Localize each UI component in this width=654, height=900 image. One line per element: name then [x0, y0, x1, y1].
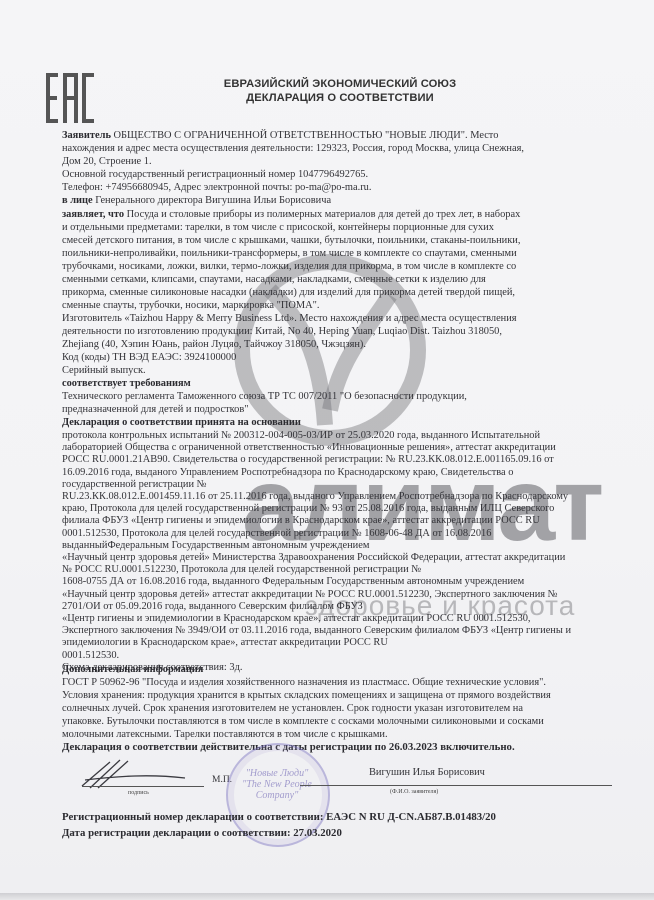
basis-line: эпидемиологии в Краснодарском крае», атт… — [62, 637, 622, 649]
basis-line: филиала ФБУЗ «Центр гигиены и эпидемиоло… — [62, 515, 622, 527]
additional-line: Условия хранения: продукция хранится в к… — [62, 690, 622, 702]
header-declaration-title: ДЕКЛАРАЦИЯ О СООТВЕТСТВИИ — [170, 91, 510, 105]
manufacturer-line: деятельности по изготовлению продукции: … — [62, 326, 622, 338]
page-bottom-edge — [0, 893, 654, 900]
hs-code-line: Код (коды) ТН ВЭД ЕАЭС: 3924100000 — [62, 352, 622, 364]
basis-line: 2701/ОИ от 05.09.2016 года, выданного Се… — [62, 601, 622, 613]
basis-line: краю, Протокола для целей государственно… — [62, 503, 622, 515]
registration-date-line: Дата регистрации декларации о соответств… — [62, 827, 622, 839]
name-line — [300, 785, 612, 786]
additional-line: упаковке. Бутылочки поставляются в том ч… — [62, 716, 622, 728]
basis-line: «Научный центр здоровья детей» Министерс… — [62, 552, 622, 564]
additional-heading: Дополнительная информация — [62, 664, 622, 676]
additional-line: молочными латексными. Тарелки поставляют… — [62, 729, 622, 741]
basis-line: «Научный центр здоровья детей» аттестат … — [62, 589, 622, 601]
statement-line: смесей детского питания, в том числе с к… — [62, 235, 622, 247]
signature-line — [82, 786, 204, 787]
basis-line: 0001.512530, Протокола для целей государ… — [62, 528, 622, 540]
applicant-line: Заявитель ОБЩЕСТВО С ОГРАНИЧЕННОЙ ОТВЕТС… — [62, 130, 622, 142]
additional-line: солнечных лучей. Срок хранения изготовит… — [62, 703, 622, 715]
statement-line: поильники-непроливайки, поильники-трансф… — [62, 248, 622, 260]
statement-line: прикорма, сменные силиконовые насадки (н… — [62, 287, 622, 299]
statement-line: трубочками, носиками, ложки, вилки, терм… — [62, 261, 622, 273]
compliance-heading: соответствует требованиям — [62, 378, 622, 390]
header-union-title: ЕВРАЗИЙСКИЙ ЭКОНОМИЧЕСКИЙ СОЮЗ — [170, 77, 510, 91]
validity-statement: Декларация о соответствии действительна … — [62, 741, 622, 753]
basis-line: государственной регистрации № — [62, 479, 622, 491]
basis-line: Экспертного заключения № 3949/ОИ от 03.1… — [62, 625, 622, 637]
basis-line: протокола контрольных испытаний № 200312… — [62, 430, 622, 442]
statement-line: сменные спауты, трубочки, носики, маркир… — [62, 300, 622, 312]
signatory-name-caption: (Ф.И.О. заявителя) — [390, 789, 438, 795]
basis-line: РОСС RU.0001.21АВ90. Свидетельства о гос… — [62, 454, 622, 466]
signature-caption: подпись — [128, 790, 149, 796]
basis-line: № РОСС RU.0001.512230, Протокола для цел… — [62, 564, 622, 576]
applicant-line: Дом 20, Строение 1. — [62, 156, 622, 168]
manufacturer-line: Zhejiang (40, Хэпин Юань, район Луцяо, Т… — [62, 339, 622, 351]
basis-line: RU.23.КК.08.012.Е.001459.11.16 от 25.11.… — [62, 491, 622, 503]
basis-line: лабораторией Общества с ограниченной отв… — [62, 442, 622, 454]
representative-line: в лице Генерального директора Вигушина И… — [62, 195, 622, 207]
statement-line: заявляет, что Посуда и столовые приборы … — [62, 209, 622, 221]
declaration-page: алимат здоровье и красота ЕВРАЗИЙСКИЙ ЭК… — [0, 0, 654, 893]
serial-release-line: Серийный выпуск. — [62, 365, 622, 377]
basis-line: 0001.512530. — [62, 650, 622, 662]
basis-heading: Декларация о соответствии принята на осн… — [62, 417, 622, 429]
signatory-name: Вигушин Илья Борисович — [369, 767, 654, 779]
applicant-line: нахождения и адрес места осуществления д… — [62, 143, 622, 155]
manufacturer-line: Изготовитель «Taizhou Happy & Merry Busi… — [62, 313, 622, 325]
applicant-line: Телефон: +74956680945, Адрес электронной… — [62, 182, 622, 194]
registration-number-line: Регистрационный номер декларации о соотв… — [62, 811, 622, 823]
statement-line: и отдельными предметами: тарелки, в том … — [62, 222, 622, 234]
compliance-line: предназначенной для детей и подростков" — [62, 404, 622, 416]
basis-line: выданныйФедеральным Государственным авто… — [62, 540, 622, 552]
basis-line: 16.09.2016 года, выданого Управлением Ро… — [62, 467, 622, 479]
statement-line: сменными сетками, клипсами, спаутами, на… — [62, 274, 622, 286]
basis-line: 1608-0755 ДА от 16.08.2016 года, выданно… — [62, 576, 622, 588]
eac-logo-icon — [46, 73, 94, 123]
applicant-line: Основной государственный регистрационный… — [62, 169, 622, 181]
additional-line: ГОСТ Р 50962-96 "Посуда и изделия хозяйс… — [62, 677, 622, 689]
basis-line: «Центр гигиены и эпидемиологии в Краснод… — [62, 613, 622, 625]
compliance-line: Технического регламента Таможенного союз… — [62, 391, 622, 403]
document-header: ЕВРАЗИЙСКИЙ ЭКОНОМИЧЕСКИЙ СОЮЗ ДЕКЛАРАЦИ… — [170, 77, 510, 105]
